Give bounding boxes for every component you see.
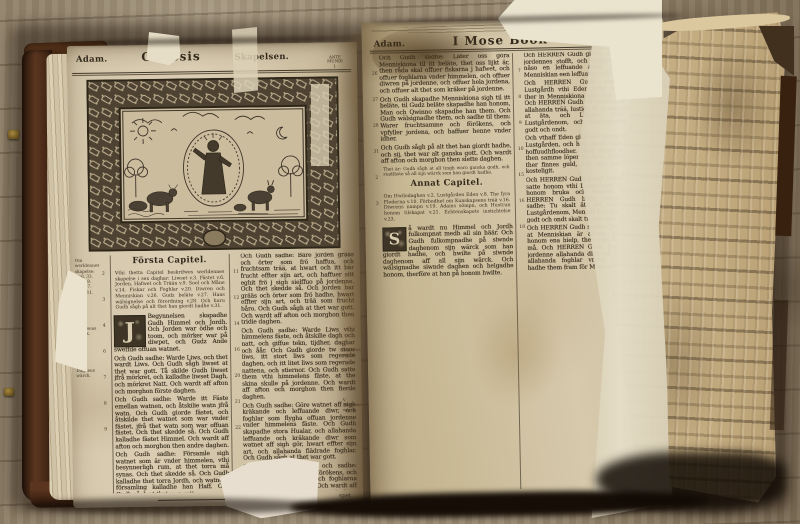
photo-vignette [0,0,800,524]
photo-antique-bible-scene: Adam. Genesis Skapelsen. ANTE MUNDI I. [0,0,800,524]
